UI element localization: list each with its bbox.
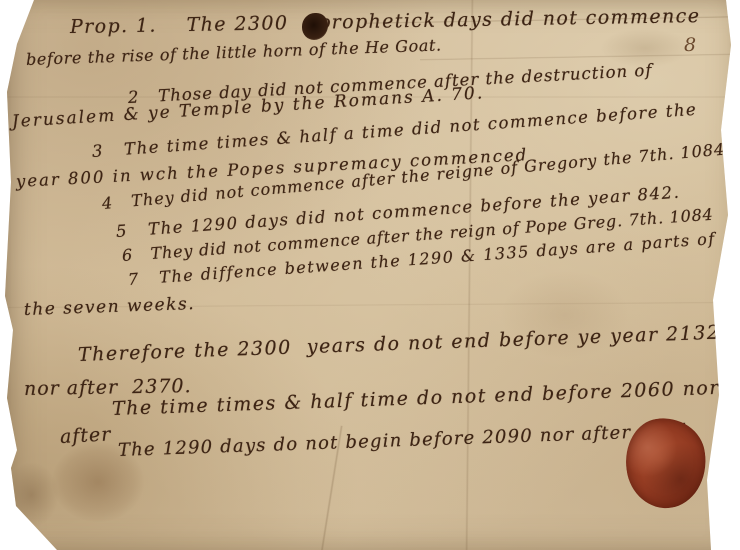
manuscript-photo: Prop. 1. The 2300 prophetick days did no… [0,0,740,550]
manuscript-line: Prop. 1. The 2300 prophetick days did no… [70,5,701,38]
manuscript-line: after [59,423,111,448]
manuscript-line: Therefore the 2300 years do not end befo… [78,322,721,366]
manuscript-line: the seven weeks. [24,294,196,320]
manuscript-line: The time times & half time do not end be… [112,377,721,420]
ink-blot [302,13,328,40]
manuscript-line: before the rise of the little horn of th… [26,35,442,69]
paper: Prop. 1. The 2300 prophetick days did no… [0,0,740,550]
stain [4,462,59,528]
page-number: 8 [684,34,696,56]
manuscript-line: The 1290 days do not begin before 2090 n… [118,420,689,461]
